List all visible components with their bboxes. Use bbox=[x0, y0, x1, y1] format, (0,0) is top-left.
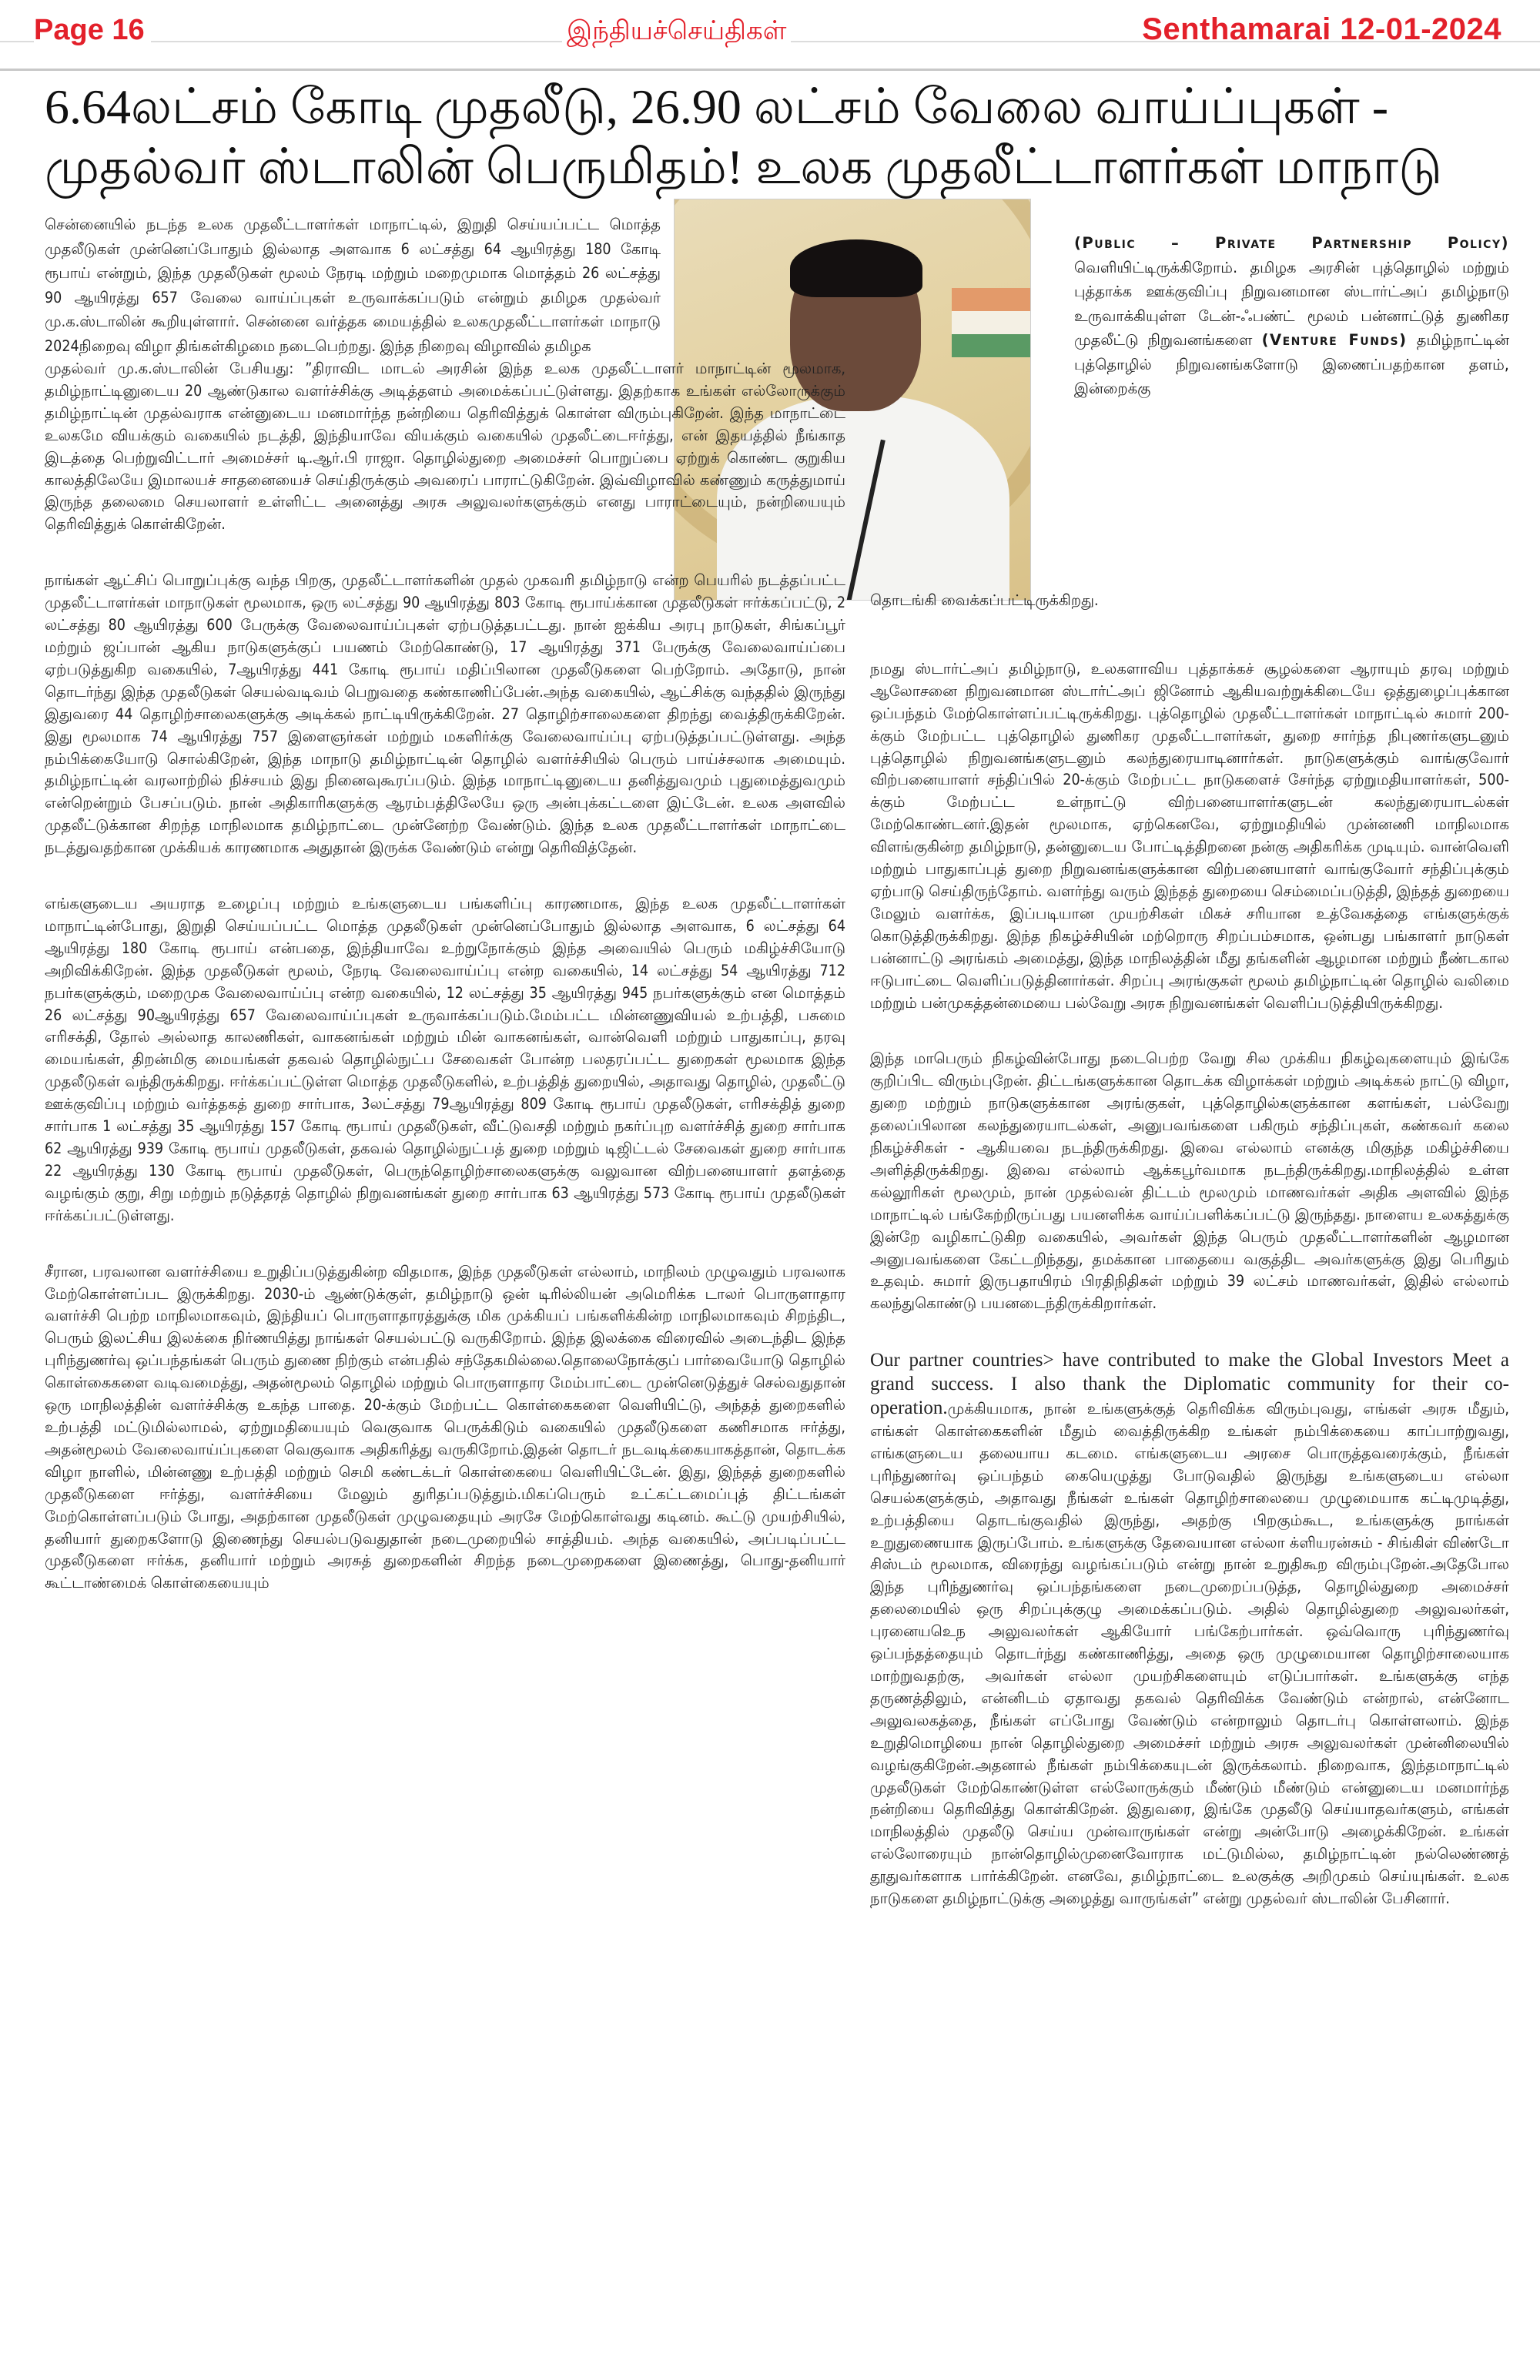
flag-graphic bbox=[952, 288, 1031, 357]
article-headline: 6.64லட்சம் கோடி முதலீடு, 26.90 லட்சம் வே… bbox=[45, 77, 1538, 197]
page-header: Page 16 இந்தியச்செய்திகள் Senthamarai 12… bbox=[0, 0, 1540, 62]
article-column-left: சென்னையில் நடந்த உலக முதலீட்டாளர்கள் மாந… bbox=[45, 213, 845, 1629]
paragraph-closing: Our partner countries> have contributed … bbox=[870, 1349, 1509, 1910]
paragraph-speech-opening: முதல்வர் மு.க.ஸ்டாலின் பேசியது: ”திராவிட… bbox=[45, 358, 845, 536]
headline-line-1: 6.64லட்சம் கோடி முதலீடு, 26.90 லட்சம் வே… bbox=[45, 77, 1538, 137]
closing-tamil-text: முக்கியமாக, நான் உங்களுக்குத் தெரிவிக்க … bbox=[870, 1400, 1509, 1907]
paragraph-startup: நமது ஸ்டார்ட்அப் தமிழ்நாடு, உலகளாவிய புத… bbox=[870, 658, 1509, 1015]
section-name: இந்தியச்செய்திகள் bbox=[562, 15, 791, 49]
headline-divider bbox=[0, 69, 1540, 71]
ppp-policy-term: (Public – Private Partnership Policy) bbox=[1074, 234, 1509, 252]
page-number: Page 16 bbox=[34, 14, 151, 47]
paragraph-investment-breakdown: எங்களுடைய அயராத உழைப்பு மற்றும் உங்களுடை… bbox=[45, 893, 845, 1227]
article-column-right: தொடங்கி வைக்கப்பட்டிருக்கிறது. நமது ஸ்டா… bbox=[870, 590, 1509, 1910]
ppp-policy-paragraph: (Public – Private Partnership Policy) வெ… bbox=[1074, 231, 1509, 401]
intro-paragraph: சென்னையில் நடந்த உலக முதலீட்டாளர்கள் மாந… bbox=[45, 213, 661, 358]
venture-funds-term: (Venture Funds) bbox=[1262, 331, 1408, 349]
publication-date: Senthamarai 12-01-2024 bbox=[1142, 12, 1501, 47]
paragraph-growth-policy: சீரான, பரவலான வளர்ச்சியை உறுதிப்படுத்துக… bbox=[45, 1261, 845, 1595]
paragraph-past-investments: நாங்கள் ஆட்சிப் பொறுப்புக்கு வந்த பிறகு,… bbox=[45, 570, 845, 859]
headline-line-2: முதல்வர் ஸ்டாலின் பெருமிதம்! உலக முதலீட்… bbox=[45, 137, 1538, 197]
ppp-paragraph-tail: தொடங்கி வைக்கப்பட்டிருக்கிறது. bbox=[870, 590, 1509, 612]
paragraph-events: இந்த மாபெரும் நிகழ்வின்போது நடைபெற்ற வேற… bbox=[870, 1048, 1509, 1315]
